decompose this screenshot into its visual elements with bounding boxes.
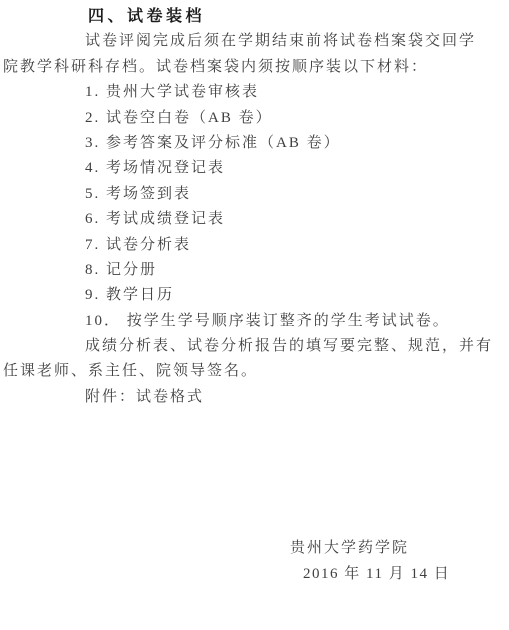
section-heading: 四、试卷装档 — [3, 4, 509, 29]
material-item-10: 10． 按学生学号顺序装订整齐的学生考试试卷。 — [3, 309, 509, 334]
signature-organization: 贵州大学药学院 — [3, 536, 509, 561]
document-page: 四、试卷装档 试卷评阅完成后须在学期结束前将试卷档案袋交回学 院教学科研科存档。… — [0, 0, 509, 630]
intro-line-1: 试卷评阅完成后须在学期结束前将试卷档案袋交回学 — [3, 29, 509, 54]
signature-date: 2016 年 11 月 14 日 — [3, 562, 509, 587]
material-item-9: 9. 教学日历 — [3, 283, 509, 308]
material-item-3: 3. 参考答案及评分标准（AB 卷） — [3, 131, 509, 156]
material-item-6: 6. 考试成绩登记表 — [3, 207, 509, 232]
material-item-5: 5. 考场签到表 — [3, 182, 509, 207]
attachment-note: 附件：试卷格式 — [3, 385, 509, 410]
material-item-7: 7. 试卷分析表 — [3, 233, 509, 258]
material-item-1: 1. 贵州大学试卷审核表 — [3, 80, 509, 105]
intro-line-2: 院教学科研科存档。试卷档案袋内须按顺序装以下材料： — [3, 55, 509, 80]
material-item-8: 8. 记分册 — [3, 258, 509, 283]
closing-line-2: 任课老师、系主任、院领导签名。 — [3, 359, 509, 384]
material-item-2: 2. 试卷空白卷（AB 卷） — [3, 106, 509, 131]
closing-line-1: 成绩分析表、试卷分析报告的填写要完整、规范，并有 — [3, 334, 509, 359]
material-item-4: 4. 考场情况登记表 — [3, 156, 509, 181]
blank-space — [3, 410, 509, 536]
